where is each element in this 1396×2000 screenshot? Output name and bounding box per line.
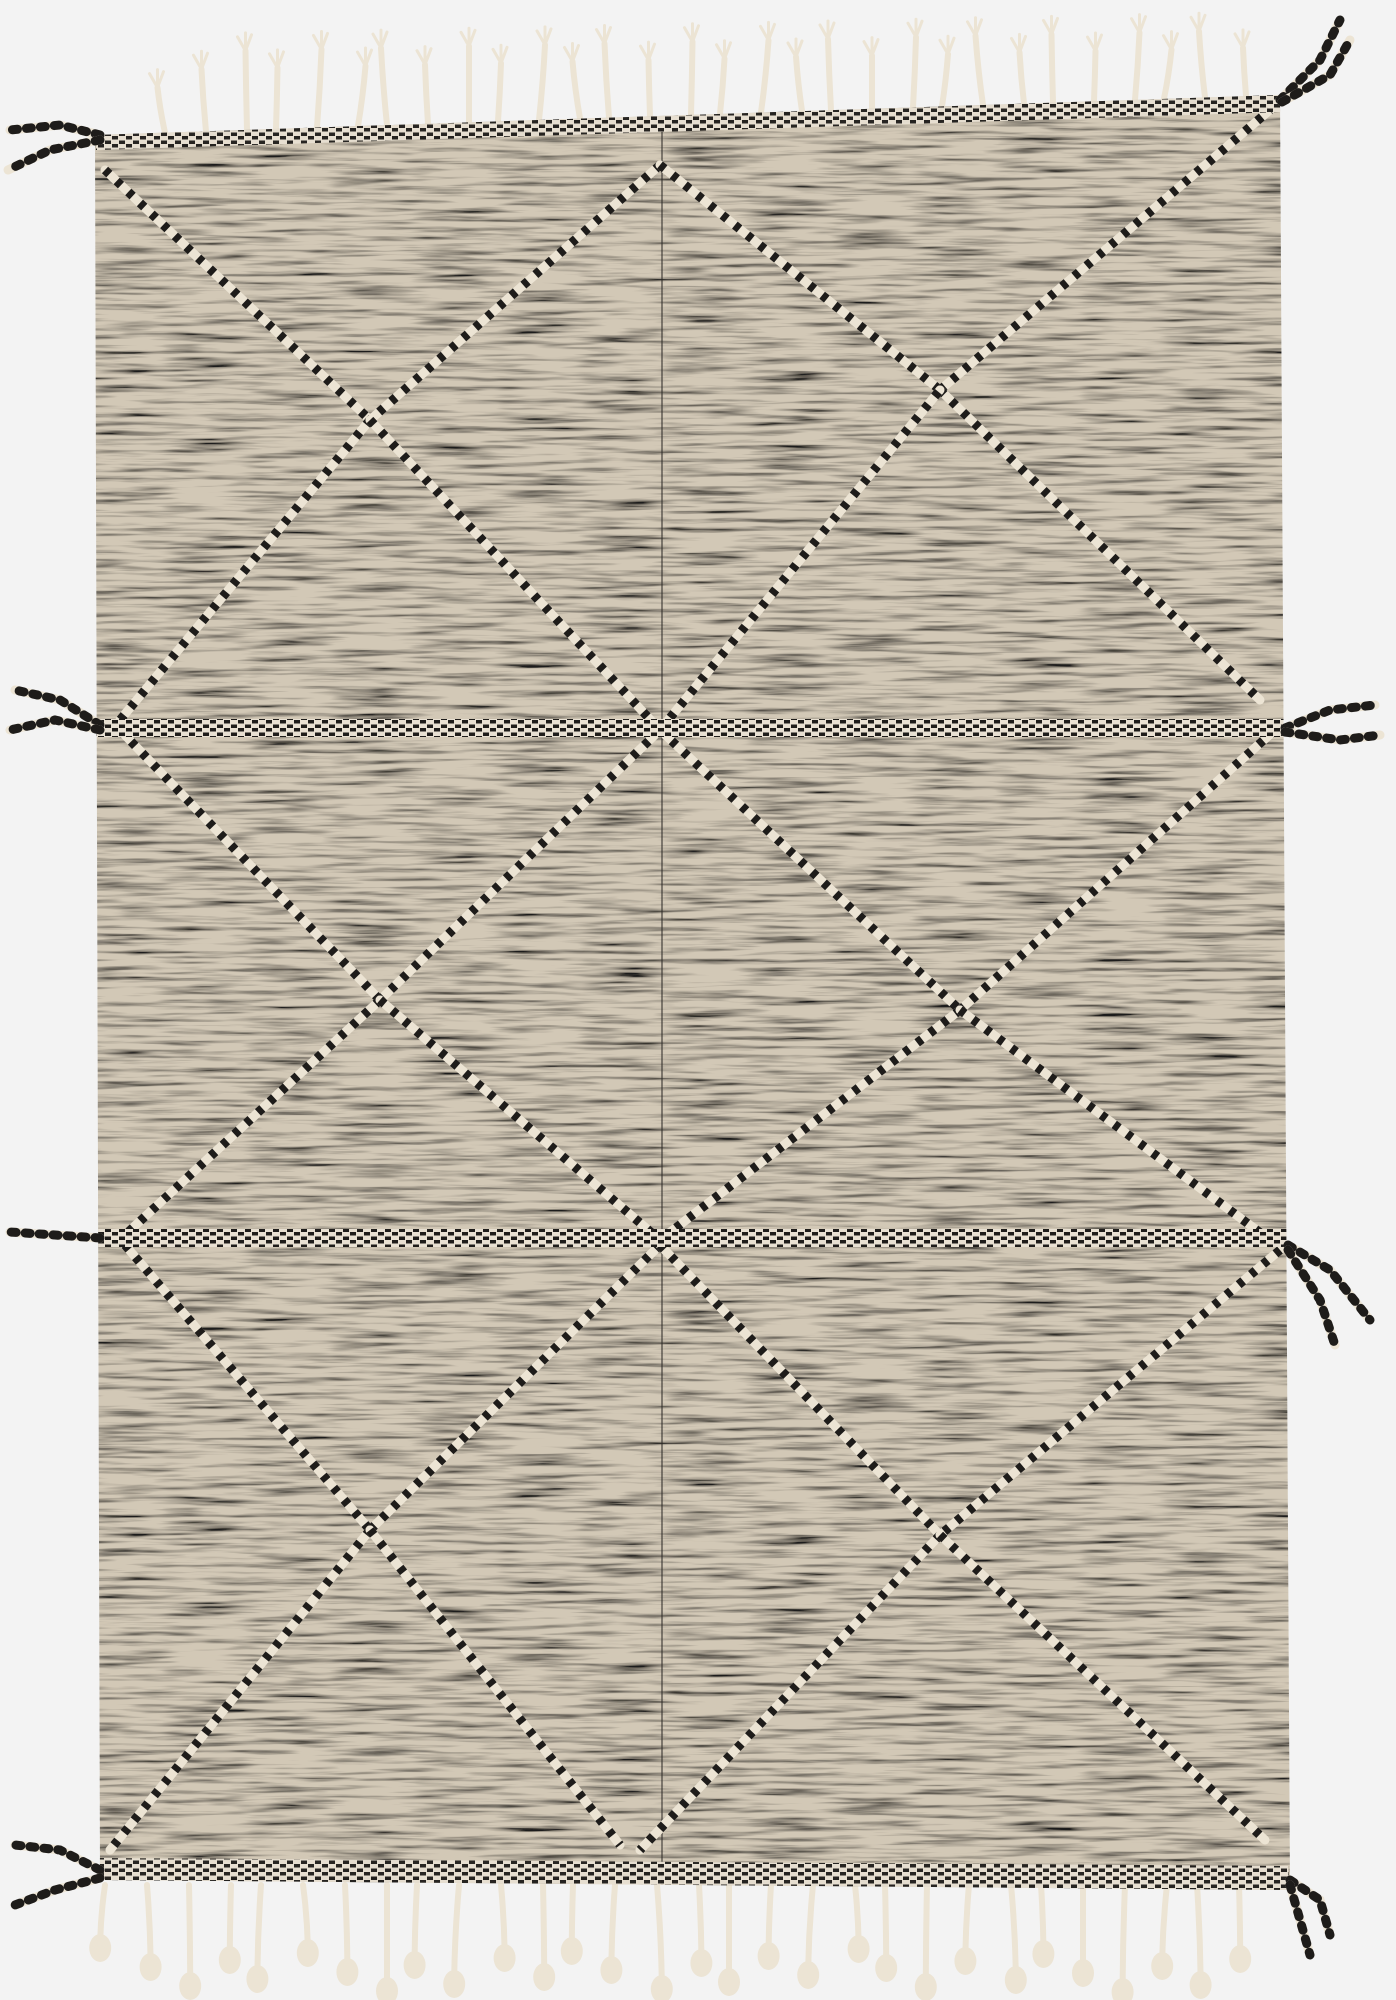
rug-photo — [0, 0, 1396, 2000]
fringe-bottom — [89, 1885, 1251, 2000]
rug-illustration — [0, 0, 1396, 2000]
rug-body — [80, 80, 1310, 1910]
